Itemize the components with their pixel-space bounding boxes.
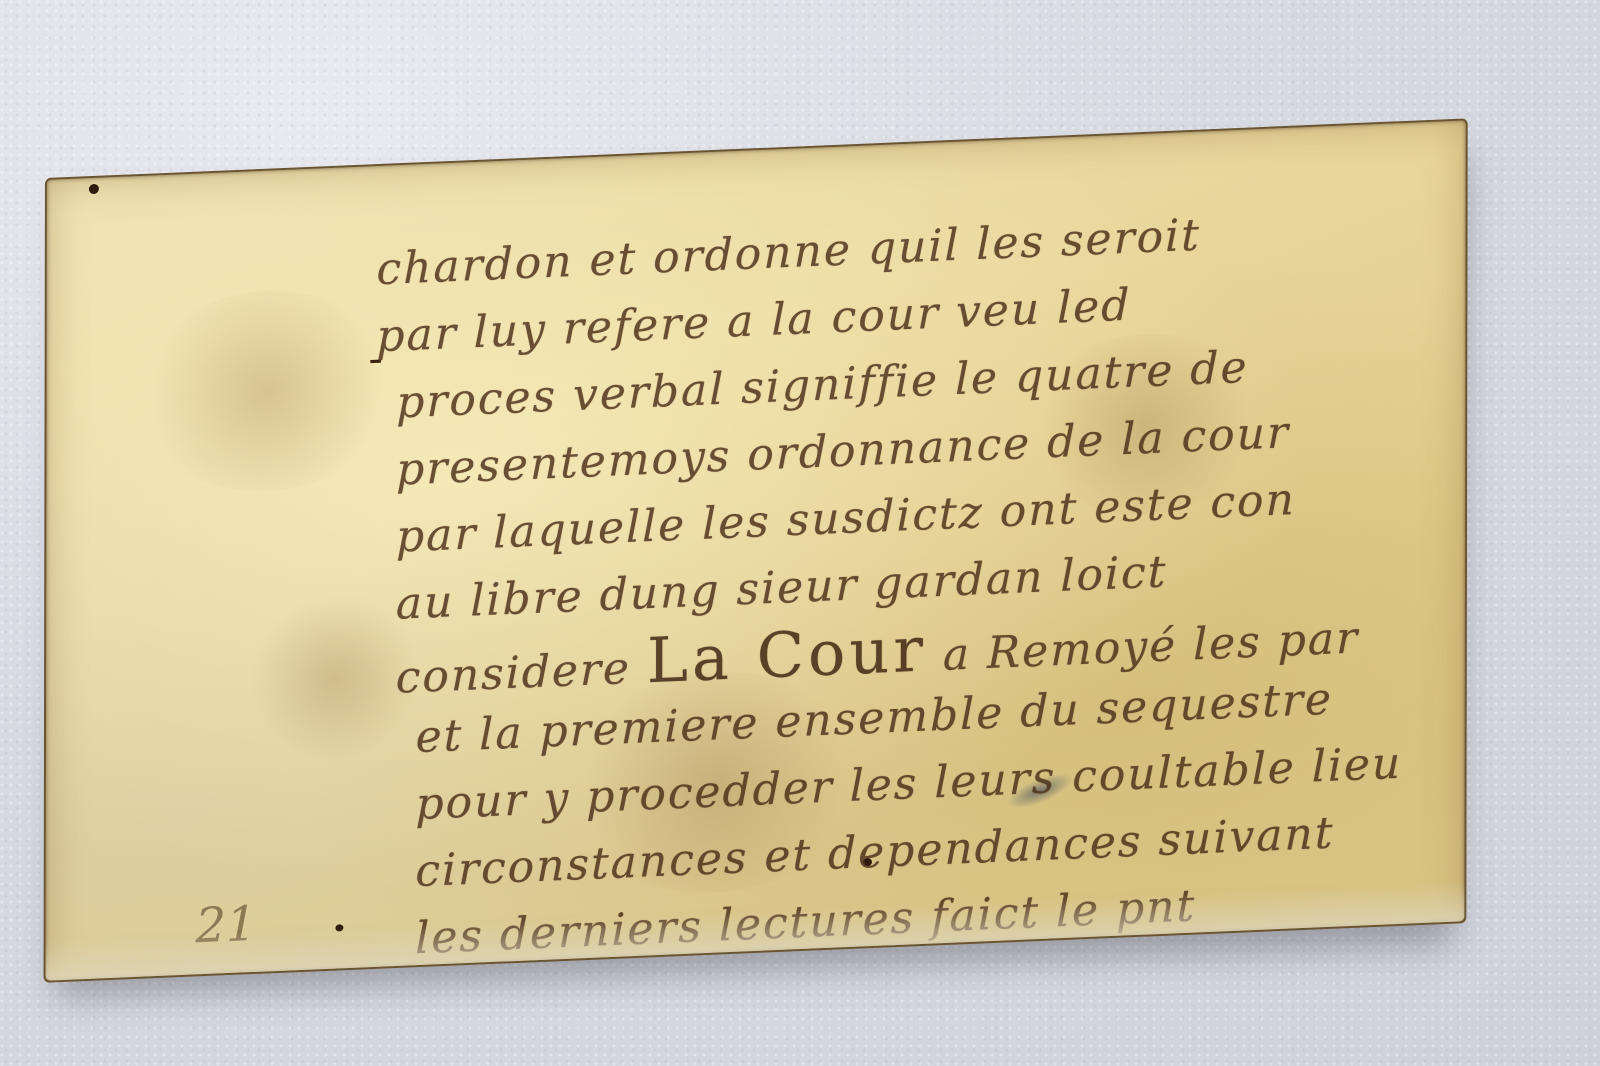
manuscript-word: considere bbox=[396, 643, 631, 704]
handwritten-text: chardon et ordonne quil les seroit par l… bbox=[375, 193, 1405, 974]
parchment-document: - chardon et ordonne quil les seroit par… bbox=[44, 118, 1468, 982]
ink-blot bbox=[89, 184, 99, 194]
stain bbox=[136, 285, 396, 496]
